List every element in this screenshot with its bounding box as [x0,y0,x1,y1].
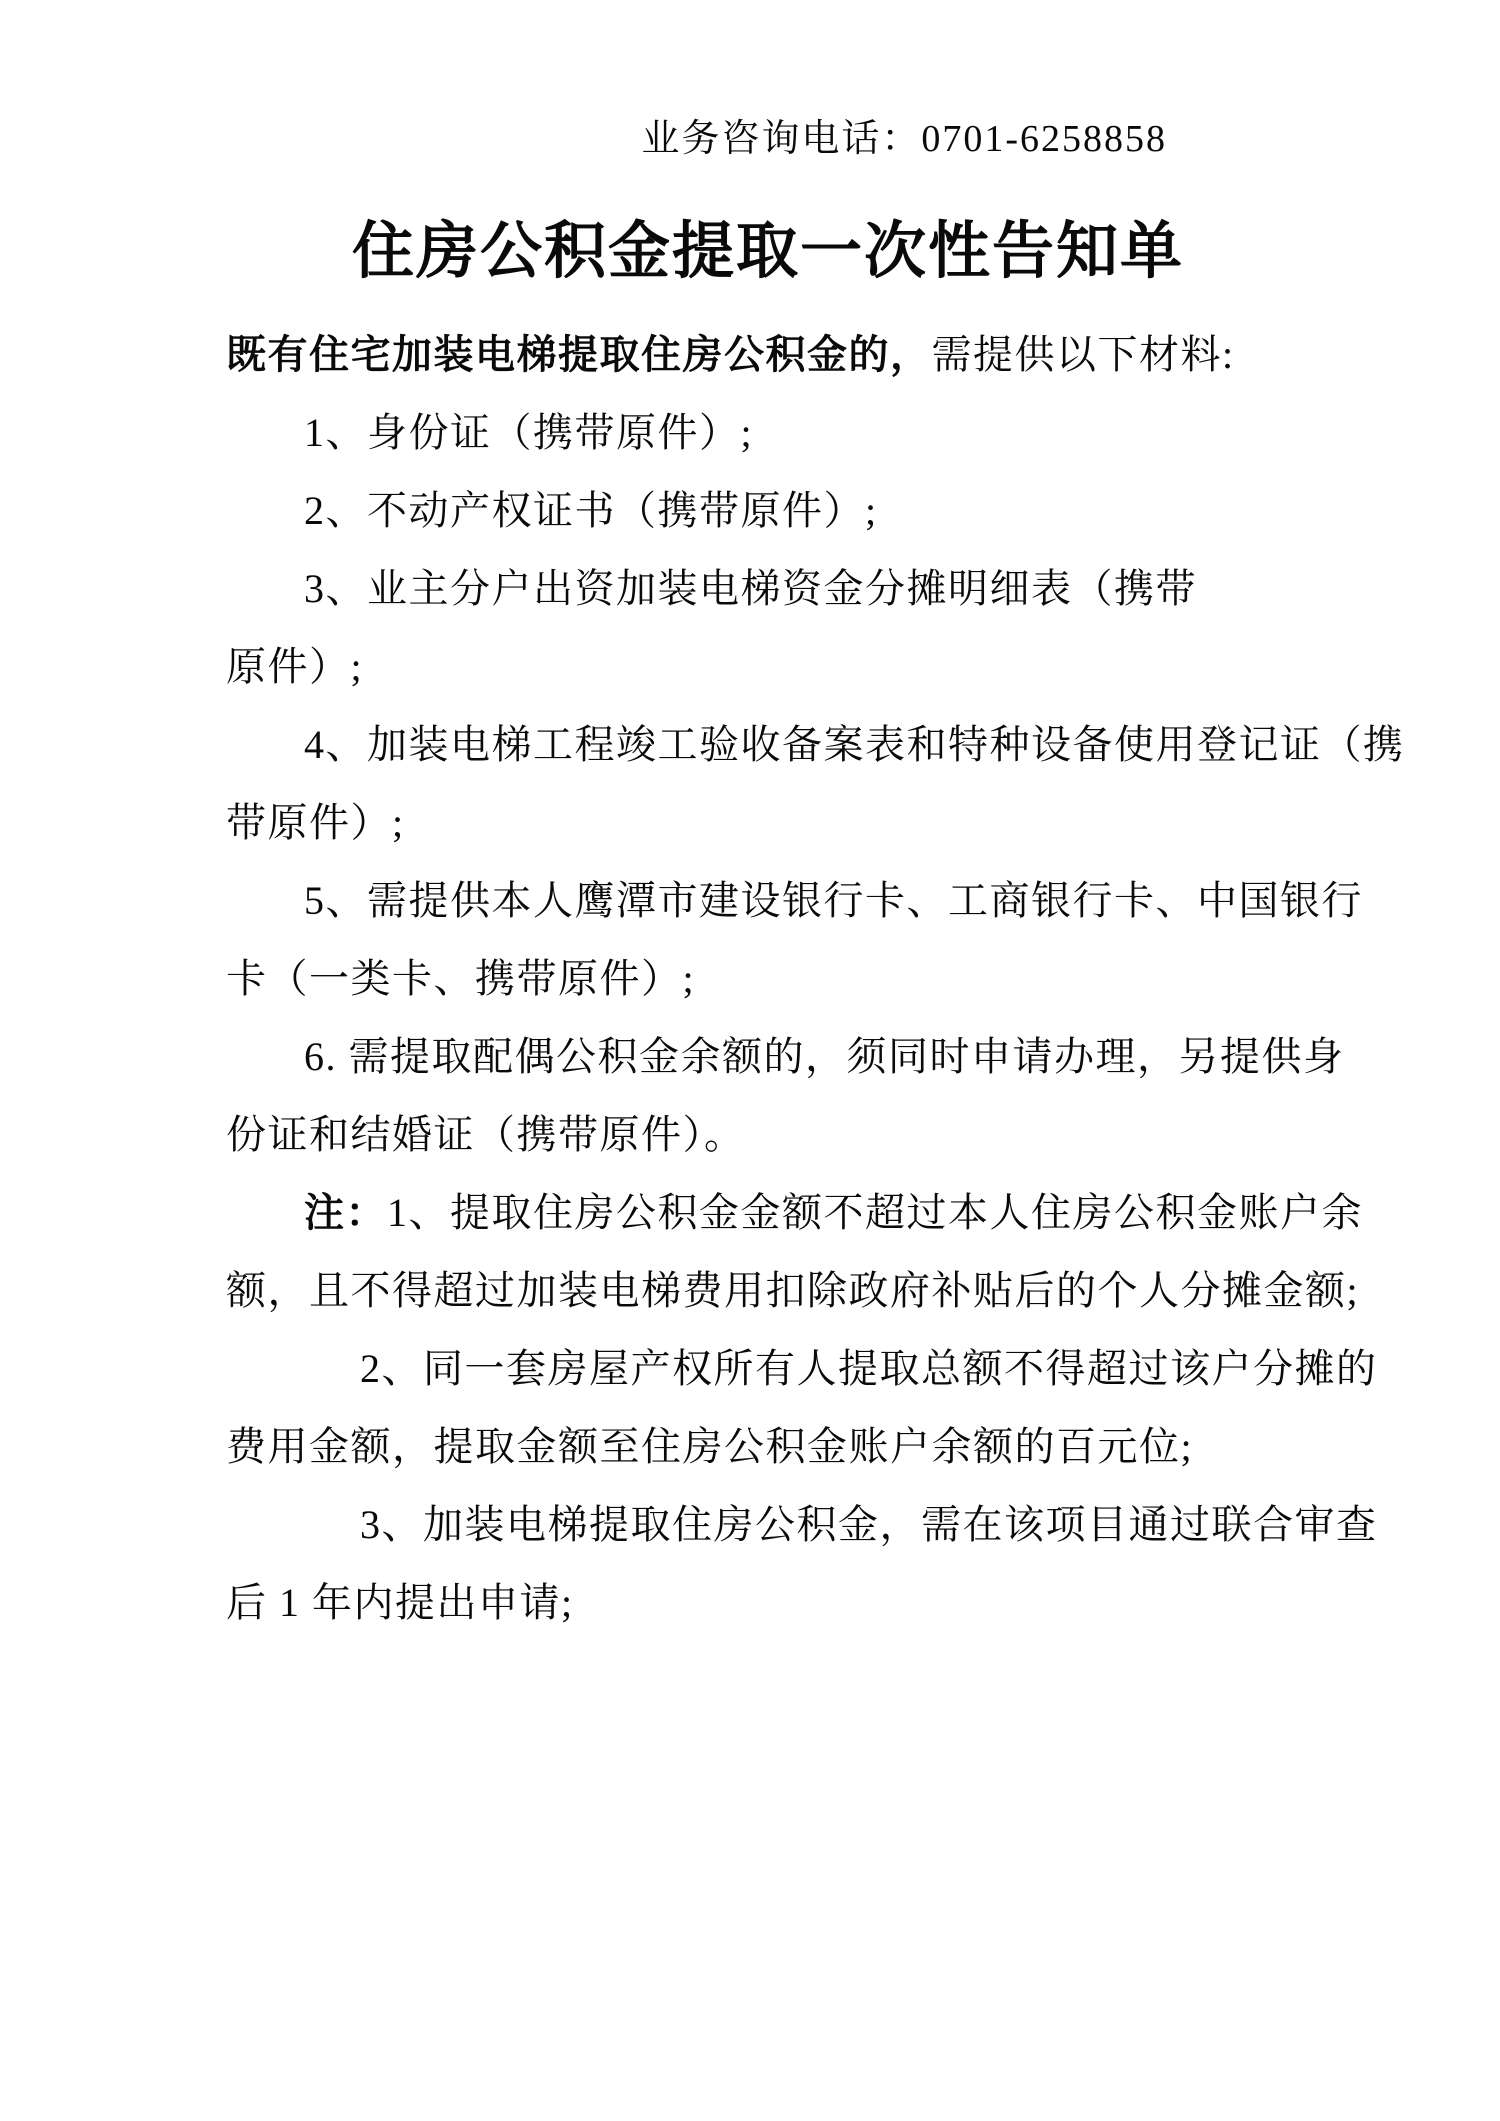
note-label: 注： [304,1190,387,1235]
note-2-line-1: 2、同一套房屋产权所有人提取总额不得超过该户分摊的 [226,1330,1310,1408]
intro-normal-text: 需提供以下材料: [932,332,1235,377]
document-page: 业务咨询电话：0701-6258858 住房公积金提取一次性告知单 既有住宅加装… [0,0,1500,2121]
note-3-line-2: 后 1 年内提出申请; [226,1564,1310,1642]
material-item-2: 2、不动产权证书（携带原件）; [226,472,1310,550]
material-item-6-line-2: 份证和结婚证（携带原件）。 [226,1096,1310,1174]
material-item-5-line-1: 5、需提供本人鹰潭市建设银行卡、工商银行卡、中国银行 [226,862,1310,940]
material-item-3-line-2: 原件）; [226,628,1310,706]
note-3-line-1: 3、加装电梯提取住房公积金，需在该项目通过联合审查 [226,1486,1310,1564]
material-item-4-line-2: 带原件）; [226,784,1310,862]
document-body: 既有住宅加装电梯提取住房公积金的，需提供以下材料: 1、身份证（携带原件）; 2… [226,316,1310,1642]
note-2-line-2: 费用金额，提取金额至住房公积金账户余额的百元位; [226,1408,1310,1486]
material-item-1: 1、身份证（携带原件）; [226,394,1310,472]
phone-line: 业务咨询电话：0701-6258858 [226,108,1310,170]
material-item-3-line-1: 3、业主分户出资加装电梯资金分摊明细表（携带 [226,550,1310,628]
note-1-text: 1、提取住房公积金金额不超过本人住房公积金账户余 [387,1190,1363,1235]
intro-bold-text: 既有住宅加装电梯提取住房公积金的， [226,332,932,377]
page-title: 住房公积金提取一次性告知单 [226,204,1310,300]
material-item-6-line-1: 6. 需提取配偶公积金余额的，须同时申请办理，另提供身 [226,1018,1310,1096]
material-item-4-line-1: 4、加装电梯工程竣工验收备案表和特种设备使用登记证（携 [226,706,1310,784]
phone-text: 业务咨询电话：0701-6258858 [641,118,1167,160]
note-1-line-2: 额，且不得超过加装电梯费用扣除政府补贴后的个人分摊金额; [226,1252,1310,1330]
note-1-line-1: 注：1、提取住房公积金金额不超过本人住房公积金账户余 [226,1174,1310,1252]
material-item-5-line-2: 卡（一类卡、携带原件）; [226,940,1310,1018]
intro-line: 既有住宅加装电梯提取住房公积金的，需提供以下材料: [226,316,1310,394]
